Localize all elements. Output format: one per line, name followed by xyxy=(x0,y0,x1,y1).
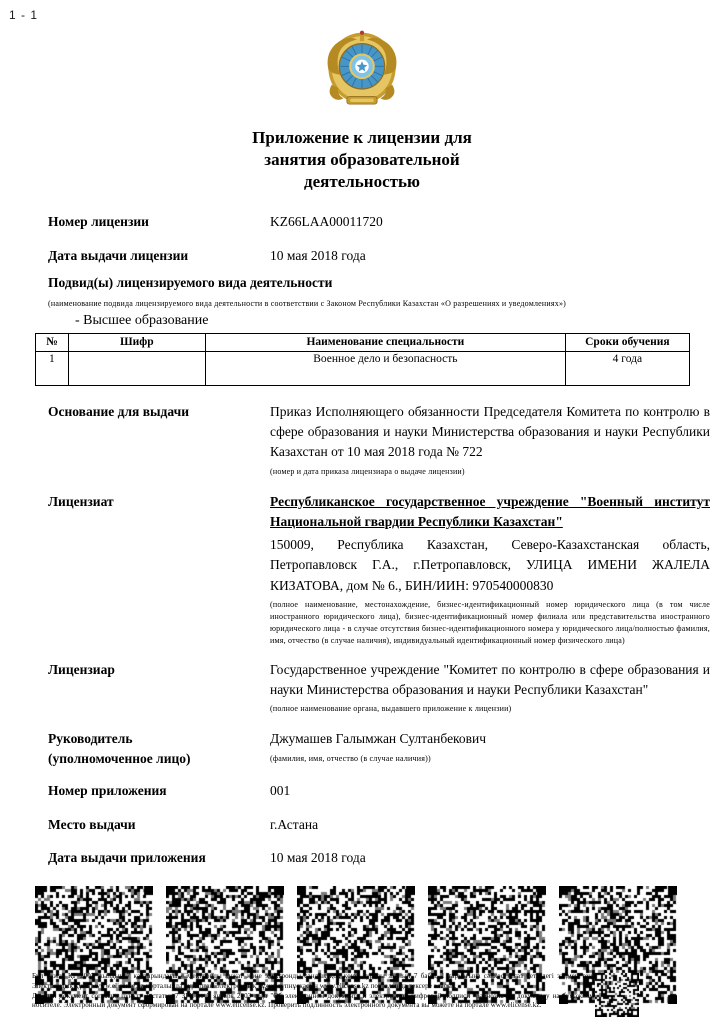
issue-place-value: г.Астана xyxy=(270,815,710,835)
head-name: Джумашев Галымжан Султанбекович xyxy=(270,729,710,749)
issue-place-row: Место выдачи г.Астана xyxy=(48,815,710,835)
licensee-name: Республиканское государственное учрежден… xyxy=(270,492,710,533)
footer-text-russian: Данный документ согласно пункту 1 статьи… xyxy=(32,992,594,1012)
license-date-label: Дата выдачи лицензии xyxy=(48,246,270,266)
basis-label: Основание для выдачи xyxy=(48,402,270,422)
col-header-code: Шифр xyxy=(68,333,205,351)
licensee-note: (полное наименование, местонахождение, б… xyxy=(270,599,710,647)
col-header-name: Наименование специальности xyxy=(206,333,566,351)
appendix-date-row: Дата выдачи приложения 10 мая 2018 года xyxy=(48,848,710,868)
head-label-line1: Руководитель xyxy=(48,729,262,749)
head-label-line2: (уполномоченное лицо) xyxy=(48,749,262,769)
license-number-value: KZ66LAA00011720 xyxy=(270,212,710,232)
licensee-row: Лицензиат Республиканское государственно… xyxy=(48,492,710,647)
table-row: 1 Военное дело и безопасность 4 года xyxy=(36,351,690,385)
basis-note: (номер и дата приказа лицензиара о выдач… xyxy=(270,466,710,478)
issue-place-label: Место выдачи xyxy=(48,815,270,835)
col-header-num: № xyxy=(36,333,69,351)
licensee-address: 150009, Республика Казахстан, Северо-Каз… xyxy=(270,535,710,596)
basis-text: Приказ Исполняющего обязанности Председа… xyxy=(270,402,710,463)
appendix-date-label: Дата выдачи приложения xyxy=(48,848,270,868)
licensor-text: Государственное учреждение "Комитет по к… xyxy=(270,660,710,701)
kazakhstan-coat-of-arms-icon xyxy=(320,26,404,115)
basis-row: Основание для выдачи Приказ Исполняющего… xyxy=(48,402,710,478)
licensor-label: Лицензиар xyxy=(48,660,270,680)
verification-qr-code-icon xyxy=(595,973,639,1017)
license-number-label: Номер лицензии xyxy=(48,212,270,232)
licensor-note: (полное наименование органа, выдавшего п… xyxy=(270,703,710,715)
document-title: Приложение к лицензии для занятия образо… xyxy=(228,127,496,192)
head-note: (фамилия, имя, отчество (в случае наличи… xyxy=(270,753,710,765)
table-header-row: № Шифр Наименование специальности Сроки … xyxy=(36,333,690,351)
licensee-label: Лицензиат xyxy=(48,492,270,512)
appendix-number-label: Номер приложения xyxy=(48,781,270,801)
license-appendix-document: 1 - 1 xyxy=(0,0,724,1024)
license-date-value: 10 мая 2018 года xyxy=(270,246,710,266)
head-row: Руководитель (уполномоченное лицо) Джума… xyxy=(48,729,710,768)
subtype-note: (наименование подвида лицензируемого вид… xyxy=(48,298,710,310)
subtype-heading: Подвид(ы) лицензируемого вида деятельнос… xyxy=(48,275,710,291)
licensor-row: Лицензиар Государственное учреждение "Ко… xyxy=(48,660,710,716)
subtype-item: - Высшее образование xyxy=(48,313,710,329)
license-number-row: Номер лицензии KZ66LAA00011720 xyxy=(48,212,710,232)
appendix-date-value: 10 мая 2018 года xyxy=(270,848,710,868)
cell-name: Военное дело и безопасность xyxy=(206,351,566,385)
page-indicator: 1 - 1 xyxy=(9,8,38,22)
cell-code xyxy=(68,351,205,385)
license-date-row: Дата выдачи лицензии 10 мая 2018 года xyxy=(48,246,710,266)
cell-num: 1 xyxy=(36,351,69,385)
legal-footer: Бұл құжат ҚР 2003 жылдың 7 қаңтарындағы … xyxy=(32,972,712,1011)
specialties-table: № Шифр Наименование специальности Сроки … xyxy=(35,333,690,386)
appendix-number-row: Номер приложения 001 xyxy=(48,781,710,801)
footer-text-kazakh: Бұл құжат ҚР 2003 жылдың 7 қаңтарындағы … xyxy=(32,972,594,992)
col-header-term: Сроки обучения xyxy=(565,333,689,351)
appendix-number-value: 001 xyxy=(270,781,710,801)
cell-term: 4 года xyxy=(565,351,689,385)
